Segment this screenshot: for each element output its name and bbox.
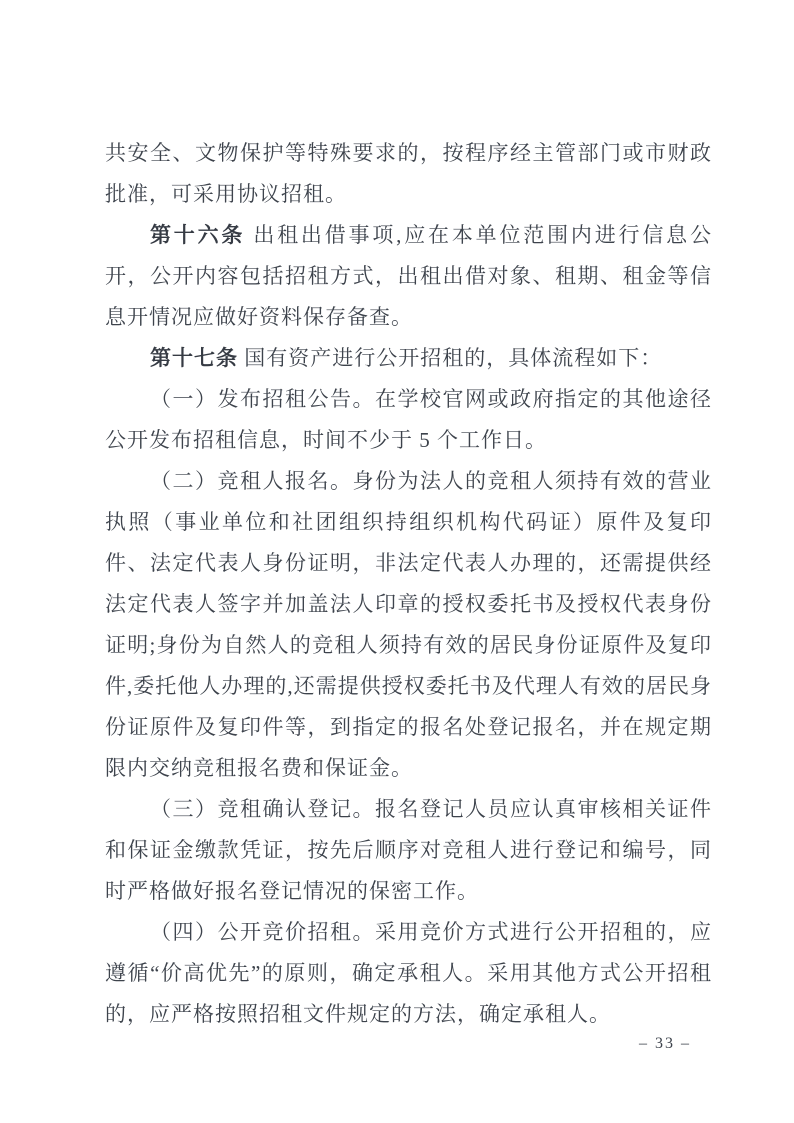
paragraph-text: （三）竞租确认登记。报名登记人员应认真审核相关证件和保证金缴款凭证，按先后顺序对… [105, 797, 712, 903]
paragraph-text: （二）竞租人报名。身份为法人的竞租人须持有效的营业执照（事业单位和社团组织持组织… [105, 469, 712, 780]
paragraph-item-1: （一）发布招租公告。在学校官网或政府指定的其他途径公开发布招租信息，时间不少于 … [105, 379, 712, 461]
paragraph-text: （一）发布招租公告。在学校官网或政府指定的其他途径公开发布招租信息，时间不少于 … [105, 387, 712, 452]
page-number: – 33 – [625, 1032, 705, 1056]
article-number-17: 第十七条 [150, 346, 238, 370]
paragraph-item-3: （三）竞租确认登记。报名登记人员应认真审核相关证件和保证金缴款凭证，按先后顺序对… [105, 789, 712, 912]
article-number-16: 第十六条 [150, 223, 245, 247]
paragraph-item-4: （四）公开竞价招租。采用竞价方式进行公开招租的，应遵循“价高优先”的原则，确定承… [105, 912, 712, 1035]
paragraph-continuation: 共安全、文物保护等特殊要求的，按程序经主管部门或市财政批准，可采用协议招租。 [105, 133, 712, 215]
paragraph-item-2: （二）竞租人报名。身份为法人的竞租人须持有效的营业执照（事业单位和社团组织持组织… [105, 461, 712, 789]
document-page: 共安全、文物保护等特殊要求的，按程序经主管部门或市财政批准，可采用协议招租。 第… [0, 0, 794, 1123]
paragraph-text: （四）公开竞价招租。采用竞价方式进行公开招租的，应遵循“价高优先”的原则，确定承… [105, 920, 712, 1026]
paragraph-text: 国有资产进行公开招租的，具体流程如下： [238, 346, 662, 370]
paragraph-article-16: 第十六条 出租出借事项,应在本单位范围内进行信息公开，公开内容包括招租方式，出租… [105, 215, 712, 338]
paragraph-article-17: 第十七条 国有资产进行公开招租的，具体流程如下： [105, 338, 712, 379]
paragraph-text: 共安全、文物保护等特殊要求的，按程序经主管部门或市财政批准，可采用协议招租。 [105, 141, 712, 206]
document-body: 共安全、文物保护等特殊要求的，按程序经主管部门或市财政批准，可采用协议招租。 第… [105, 133, 712, 1035]
